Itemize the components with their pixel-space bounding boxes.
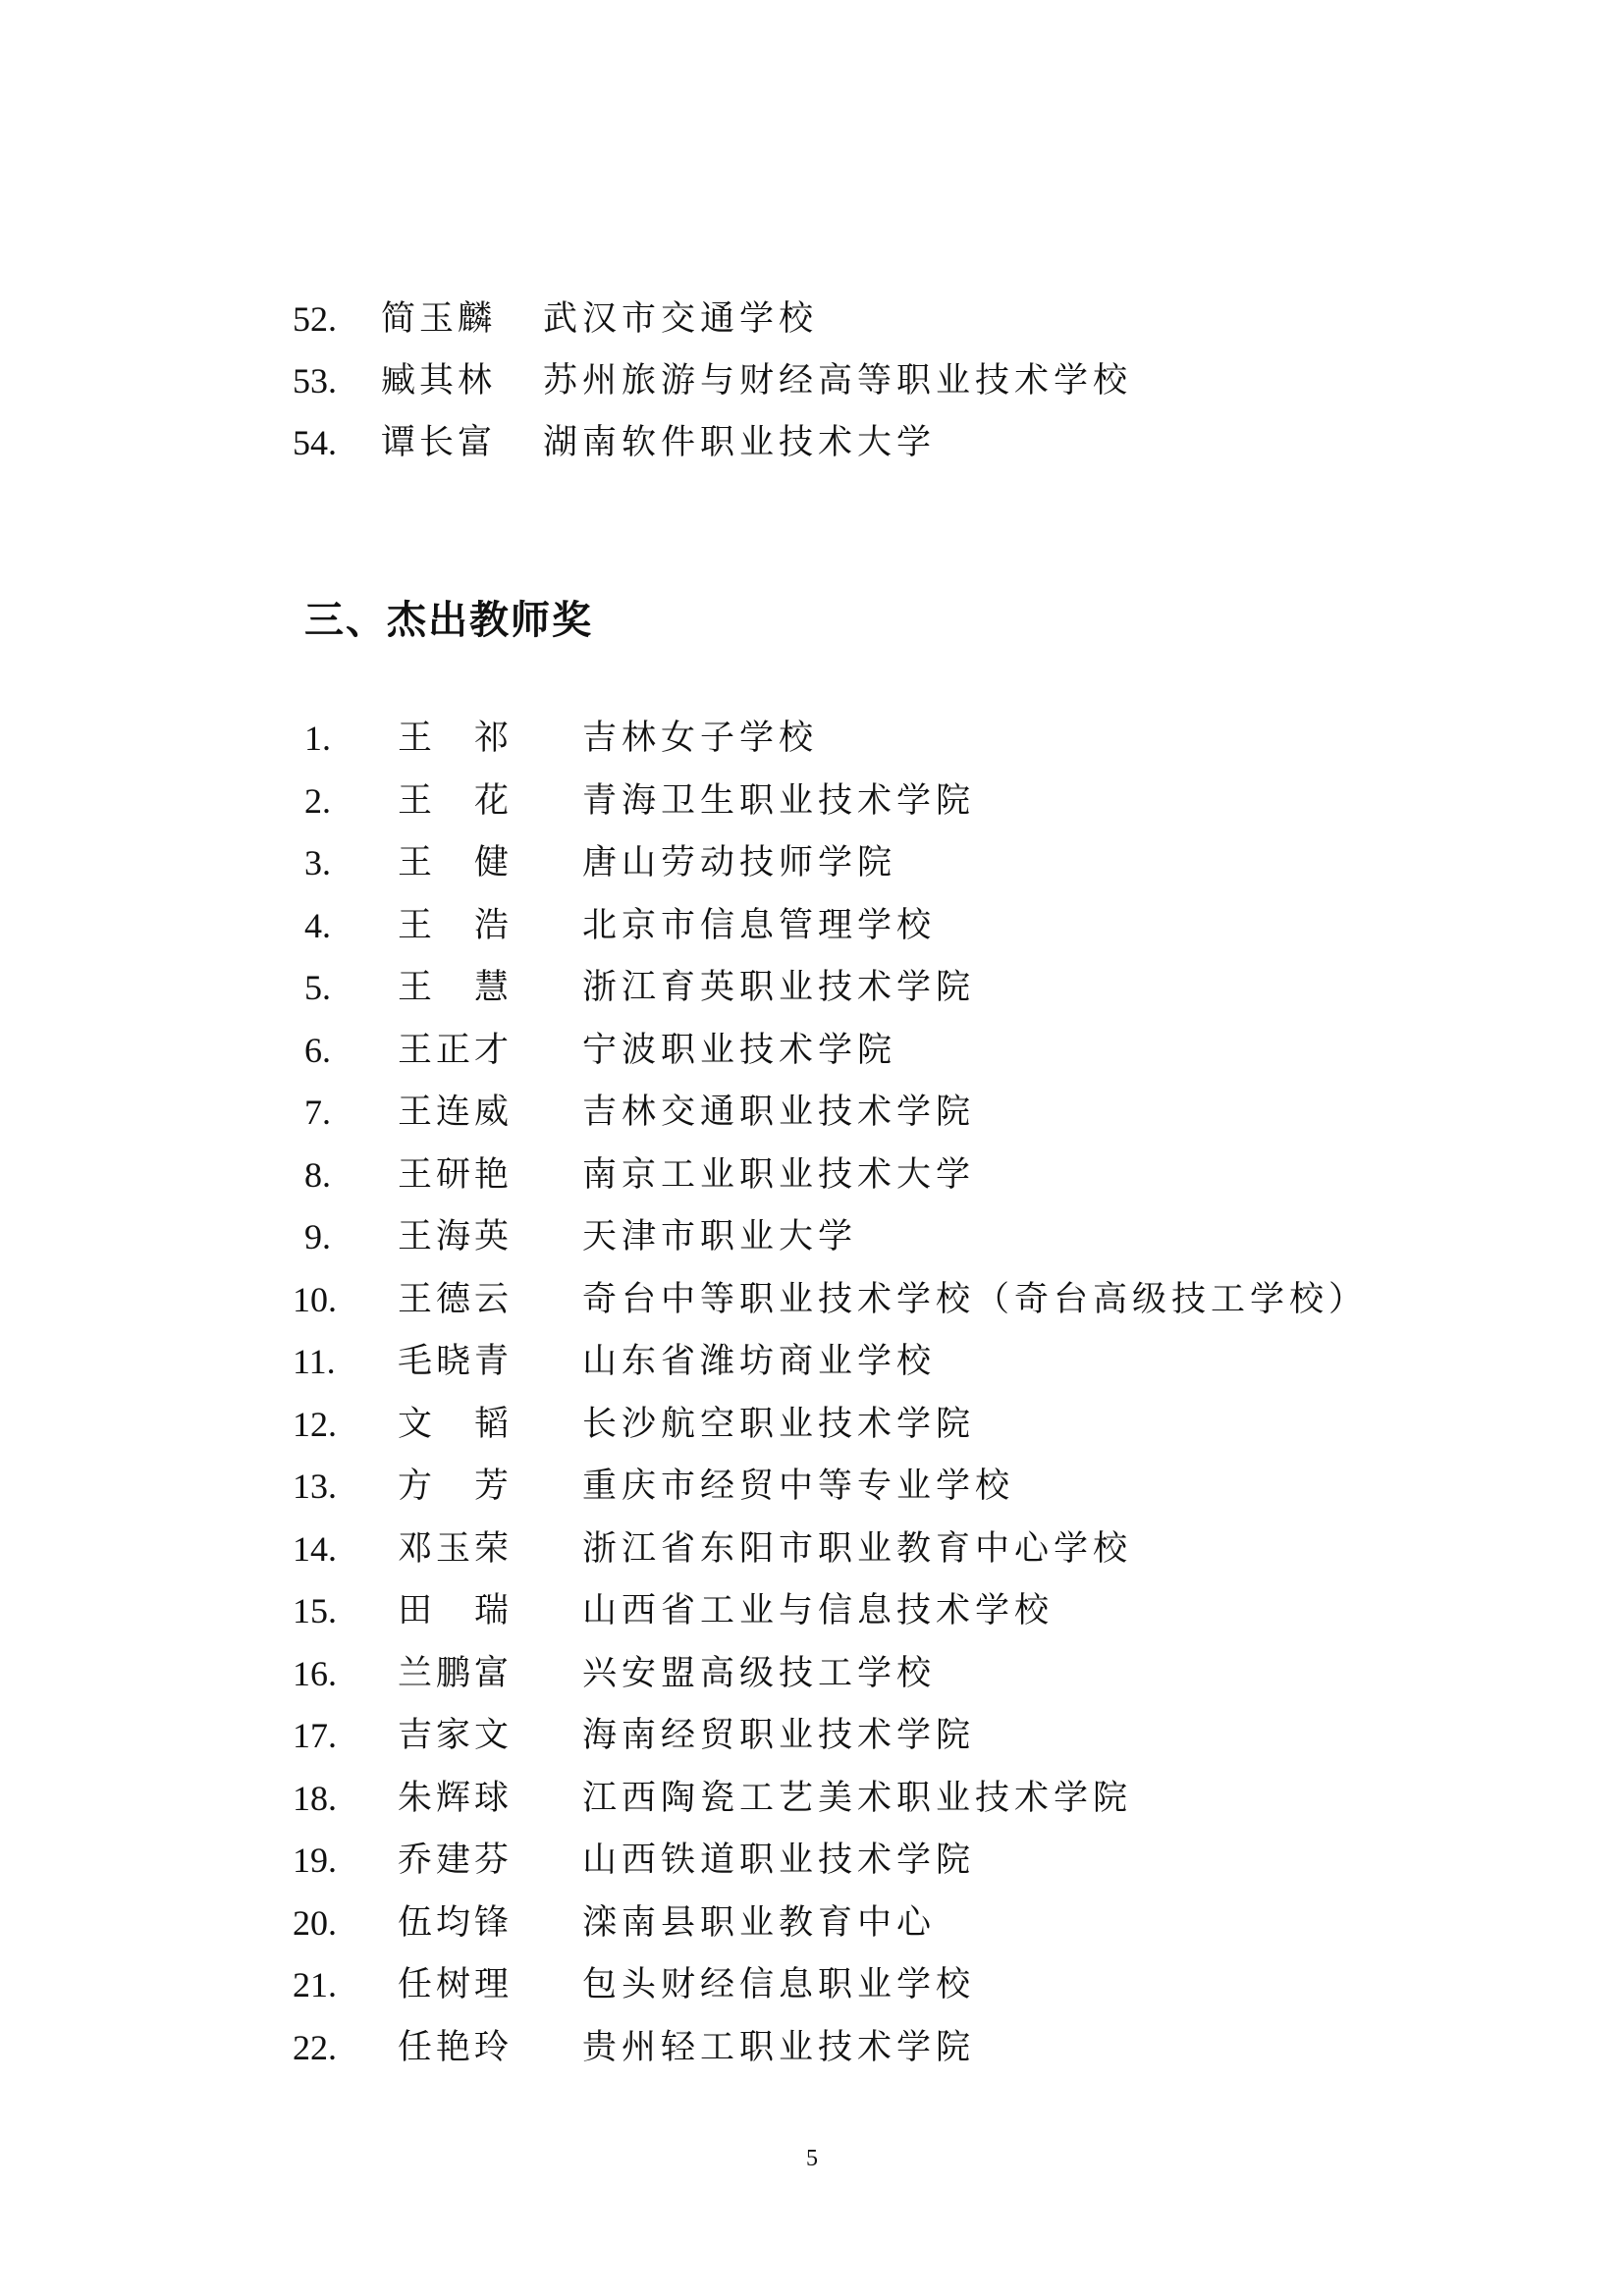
school-name: 湖南软件职业技术大学 [543,418,936,467]
item-number: 14. [293,1524,337,1574]
item-number: 52. [293,294,337,344]
person-name: 臧其林 [381,356,496,405]
school-name: 包头财经信息职业学校 [582,1960,975,2009]
person-name: 王海英 [398,1212,513,1261]
item-number: 18. [293,1774,337,1823]
item-number: 7. [304,1088,331,1137]
person-name: 王 慧 [398,963,513,1012]
person-name: 伍均锋 [398,1898,513,1948]
person-name: 任树理 [398,1960,513,2009]
item-number: 11. [293,1337,336,1386]
item-number: 13. [293,1462,337,1511]
school-name: 兴安盟高级技工学校 [582,1649,936,1698]
school-name: 江西陶瓷工艺美术职业技术学院 [582,1774,1132,1823]
person-name: 王正才 [398,1026,513,1075]
person-name: 简玉麟 [381,294,496,344]
school-name: 南京工业职业技术大学 [582,1150,975,1200]
section-heading: 三、杰出教师奖 [304,589,593,645]
school-name: 重庆市经贸中等专业学校 [582,1462,1014,1511]
item-number: 8. [304,1150,331,1200]
person-name: 谭长富 [381,418,496,467]
school-name: 唐山劳动技师学院 [582,838,896,887]
school-name: 长沙航空职业技术学院 [582,1400,975,1449]
person-name: 毛晓青 [398,1337,513,1386]
school-name: 山东省潍坊商业学校 [582,1337,936,1386]
person-name: 王 健 [398,838,513,887]
item-number: 16. [293,1649,337,1698]
item-number: 17. [293,1711,337,1760]
item-number: 10. [293,1275,337,1324]
school-name: 奇台中等职业技术学校（奇台高级技工学校） [582,1275,1368,1324]
item-number: 12. [293,1400,337,1449]
item-number: 19. [293,1836,337,1885]
school-name: 浙江育英职业技术学院 [582,963,975,1012]
item-number: 15. [293,1586,337,1635]
school-name: 宁波职业技术学院 [582,1026,896,1075]
person-name: 邓玉荣 [398,1524,513,1574]
person-name: 朱辉球 [398,1774,513,1823]
person-name: 田 瑞 [398,1586,513,1635]
school-name: 山西省工业与信息技术学校 [582,1586,1054,1635]
item-number: 3. [304,838,331,887]
page-number: 5 [0,2146,1624,2172]
person-name: 文 韬 [398,1400,513,1449]
person-name: 王德云 [398,1275,513,1324]
person-name: 兰鹏富 [398,1649,513,1698]
school-name: 浙江省东阳市职业教育中心学校 [582,1524,1132,1574]
item-number: 4. [304,901,331,950]
item-number: 9. [304,1212,331,1261]
school-name: 北京市信息管理学校 [582,901,936,950]
item-number: 22. [293,2023,337,2072]
item-number: 1. [304,714,331,763]
person-name: 任艳玲 [398,2023,513,2072]
item-number: 21. [293,1960,337,2009]
item-number: 6. [304,1026,331,1075]
person-name: 王研艳 [398,1150,513,1200]
school-name: 山西铁道职业技术学院 [582,1836,975,1885]
school-name: 天津市职业大学 [582,1212,857,1261]
school-name: 苏州旅游与财经高等职业技术学校 [543,356,1132,405]
person-name: 王 祁 [398,714,513,763]
person-name: 王连威 [398,1088,513,1137]
person-name: 乔建芬 [398,1836,513,1885]
item-number: 5. [304,963,331,1012]
school-name: 海南经贸职业技术学院 [582,1711,975,1760]
item-number: 20. [293,1898,337,1948]
person-name: 王 花 [398,776,513,826]
school-name: 青海卫生职业技术学院 [582,776,975,826]
school-name: 贵州轻工职业技术学院 [582,2023,975,2072]
school-name: 吉林交通职业技术学院 [582,1088,975,1137]
item-number: 2. [304,776,331,826]
person-name: 王 浩 [398,901,513,950]
item-number: 54. [293,418,337,467]
person-name: 吉家文 [398,1711,513,1760]
item-number: 53. [293,356,337,405]
school-name: 吉林女子学校 [582,714,818,763]
school-name: 武汉市交通学校 [543,294,818,344]
person-name: 方 芳 [398,1462,513,1511]
school-name: 滦南县职业教育中心 [582,1898,936,1948]
